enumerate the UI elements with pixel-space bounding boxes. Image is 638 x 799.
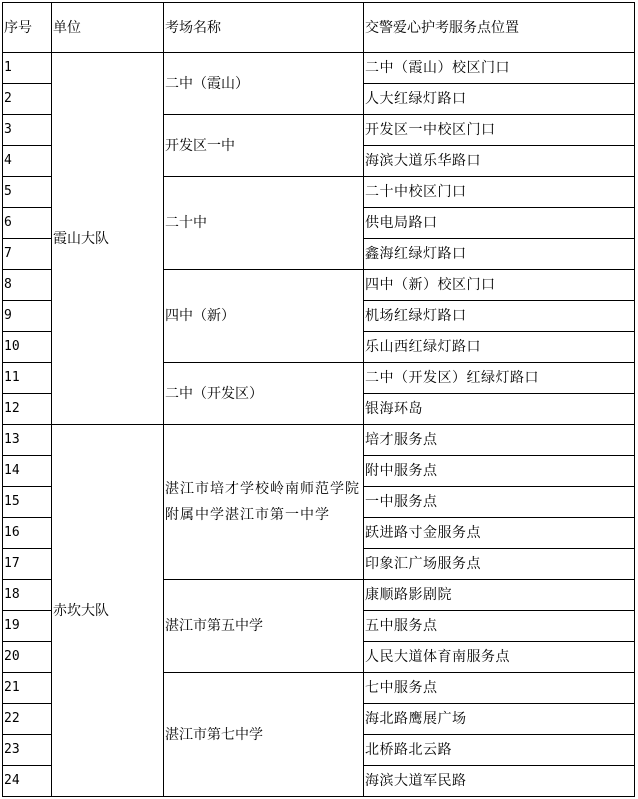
venue-cell: 湛江市培才学校岭南师范学院附属中学湛江市第一中学 [164, 425, 364, 580]
header-venue: 考场名称 [164, 3, 364, 53]
unit-cell: 霞山大队 [52, 53, 164, 425]
service-points-table: 序号 单位 考场名称 交警爱心护考服务点位置 1 霞山大队 二中（霞山） 二中（… [2, 2, 635, 797]
location-cell: 机场红绿灯路口 [364, 301, 635, 332]
location-cell: 五中服务点 [364, 611, 635, 642]
location-cell: 七中服务点 [364, 673, 635, 704]
row-index: 7 [3, 239, 52, 270]
venue-cell: 二十中 [164, 177, 364, 270]
header-row: 序号 单位 考场名称 交警爱心护考服务点位置 [3, 3, 635, 53]
header-index: 序号 [3, 3, 52, 53]
row-index: 3 [3, 115, 52, 146]
venue-cell: 二中（霞山） [164, 53, 364, 115]
table-row: 13 赤坎大队 湛江市培才学校岭南师范学院附属中学湛江市第一中学 培才服务点 [3, 425, 635, 456]
venue-cell: 二中（开发区） [164, 363, 364, 425]
row-index: 8 [3, 270, 52, 301]
row-index: 15 [3, 487, 52, 518]
location-cell: 四中（新）校区门口 [364, 270, 635, 301]
location-cell: 供电局路口 [364, 208, 635, 239]
location-cell: 康顺路影剧院 [364, 580, 635, 611]
row-index: 5 [3, 177, 52, 208]
row-index: 19 [3, 611, 52, 642]
table-row: 1 霞山大队 二中（霞山） 二中（霞山）校区门口 [3, 53, 635, 84]
location-cell: 人民大道体育南服务点 [364, 642, 635, 673]
row-index: 23 [3, 735, 52, 766]
row-index: 21 [3, 673, 52, 704]
row-index: 2 [3, 84, 52, 115]
location-cell: 开发区一中校区门口 [364, 115, 635, 146]
row-index: 14 [3, 456, 52, 487]
row-index: 22 [3, 704, 52, 735]
location-cell: 海滨大道乐华路口 [364, 146, 635, 177]
row-index: 6 [3, 208, 52, 239]
location-cell: 鑫海红绿灯路口 [364, 239, 635, 270]
location-cell: 二中（开发区）红绿灯路口 [364, 363, 635, 394]
location-cell: 二中（霞山）校区门口 [364, 53, 635, 84]
venue-cell: 湛江市第五中学 [164, 580, 364, 673]
row-index: 10 [3, 332, 52, 363]
row-index: 4 [3, 146, 52, 177]
location-cell: 乐山西红绿灯路口 [364, 332, 635, 363]
location-cell: 人大红绿灯路口 [364, 84, 635, 115]
row-index: 13 [3, 425, 52, 456]
location-cell: 跃进路寸金服务点 [364, 518, 635, 549]
venue-cell: 开发区一中 [164, 115, 364, 177]
row-index: 9 [3, 301, 52, 332]
location-cell: 海滨大道军民路 [364, 766, 635, 797]
location-cell: 印象汇广场服务点 [364, 549, 635, 580]
venue-cell: 四中（新） [164, 270, 364, 363]
venue-cell: 湛江市第七中学 [164, 673, 364, 797]
row-index: 1 [3, 53, 52, 84]
row-index: 18 [3, 580, 52, 611]
row-index: 24 [3, 766, 52, 797]
location-cell: 附中服务点 [364, 456, 635, 487]
row-index: 12 [3, 394, 52, 425]
header-unit: 单位 [52, 3, 164, 53]
unit-cell: 赤坎大队 [52, 425, 164, 797]
location-cell: 银海环岛 [364, 394, 635, 425]
location-cell: 二十中校区门口 [364, 177, 635, 208]
location-cell: 一中服务点 [364, 487, 635, 518]
row-index: 17 [3, 549, 52, 580]
location-cell: 北桥路北云路 [364, 735, 635, 766]
row-index: 20 [3, 642, 52, 673]
row-index: 16 [3, 518, 52, 549]
header-location: 交警爱心护考服务点位置 [364, 3, 635, 53]
location-cell: 海北路鹰展广场 [364, 704, 635, 735]
row-index: 11 [3, 363, 52, 394]
location-cell: 培才服务点 [364, 425, 635, 456]
